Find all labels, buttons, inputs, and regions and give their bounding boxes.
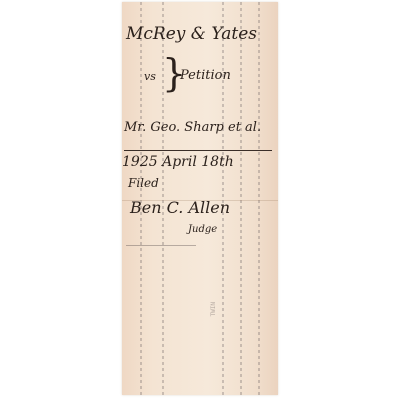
bleed-through-column xyxy=(240,2,242,395)
party-plaintiffs: McRey & Yates xyxy=(126,24,257,44)
document-type: Petition xyxy=(180,68,231,83)
judge-signature: Ben C. Allen xyxy=(130,198,230,217)
filed-label: Filed xyxy=(128,176,159,190)
party-defendants: Mr. Geo. Sharp et al. xyxy=(124,120,261,135)
versus-text: vs xyxy=(144,70,156,83)
divider-line xyxy=(124,150,272,151)
bleed-through-column xyxy=(258,2,260,395)
document-paper: McRey & Yates } vs Petition Mr. Geo. Sha… xyxy=(122,2,278,395)
judge-title: Judge xyxy=(188,224,217,235)
bleed-through-stamp: TWIN xyxy=(210,302,217,316)
faint-line xyxy=(126,245,196,246)
filing-date: 1925 April 18th xyxy=(122,154,234,170)
